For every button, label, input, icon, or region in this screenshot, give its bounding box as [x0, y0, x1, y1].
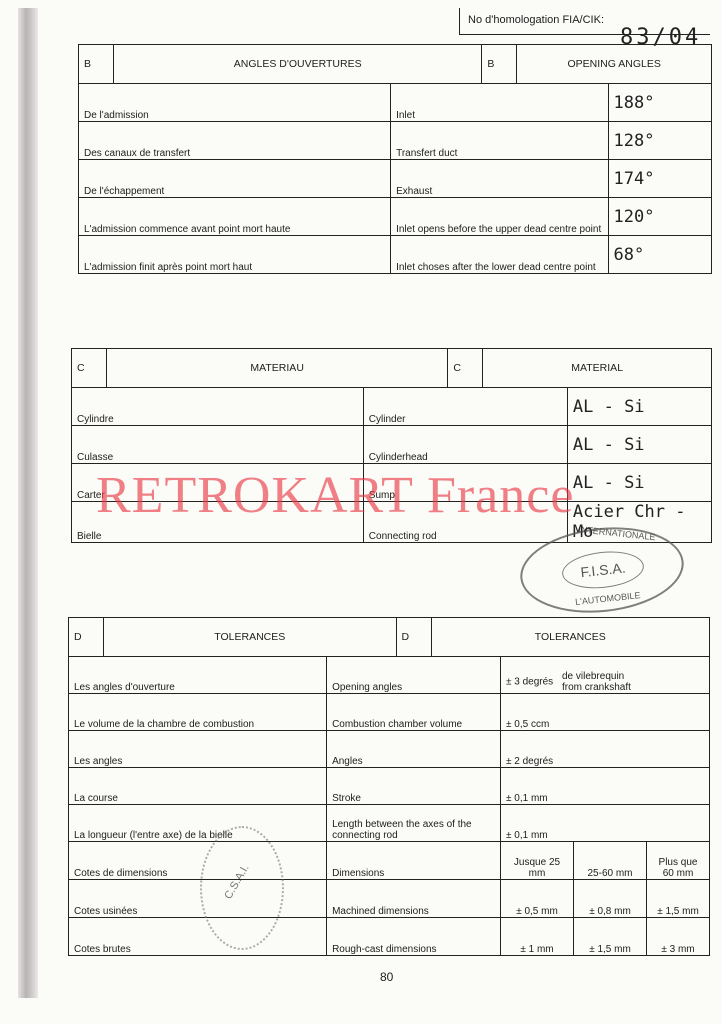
row-label-fr: La longueur (l'entre axe) de la bielle — [69, 805, 327, 842]
row-label-fr: Les angles — [69, 731, 327, 768]
table-row: La longueur (l'entre axe) de la bielle L… — [69, 805, 710, 842]
note-en: from crankshaft — [562, 682, 631, 693]
table-row-dimensions-header: Cotes de dimensions Dimensions Jusque 25… — [69, 842, 710, 880]
stamp-text: L'AUTOMOBILE — [575, 590, 641, 607]
page-number: 80 — [380, 970, 393, 984]
section-letter: D — [69, 618, 104, 657]
row-label-fr: Le volume de la chambre de combustion — [69, 694, 327, 731]
row-value: 128° — [608, 122, 711, 160]
row-label-fr: L'admission commence avant point mort ha… — [79, 198, 391, 236]
note-fr: de vilebrequin — [562, 671, 624, 682]
row-label-en: Inlet — [391, 84, 608, 122]
dim-value: ± 0,8 mm — [574, 880, 647, 918]
row-label-fr: Cylindre — [72, 388, 364, 426]
dim-value: ± 1,5 mm — [574, 918, 647, 956]
dim-col-header: 25-60 mm — [574, 842, 647, 880]
row-label-en: Opening angles — [327, 657, 501, 694]
dim-col-header: Jusque 25 mm — [501, 842, 574, 880]
row-value: AL - Si — [567, 464, 711, 502]
csai-stamp: C.S.A.I. — [200, 826, 284, 950]
section-letter: C — [72, 349, 107, 388]
watermark: RETROKART France — [96, 466, 574, 525]
table-opening-angles: B ANGLES D'OUVERTURES B OPENING ANGLES D… — [78, 44, 712, 274]
dim-col-header: Plus que 60 mm — [647, 842, 710, 880]
row-label-fr: Culasse — [72, 426, 364, 464]
row-label-fr: Cotes brutes — [69, 918, 327, 956]
row-label-en: Cylinderhead — [363, 426, 567, 464]
table-row: Les angles d'ouverture Opening angles ± … — [69, 657, 710, 694]
scan-binding-edge — [18, 8, 38, 998]
section-letter: D — [396, 618, 431, 657]
row-label-en: Inlet choses after the lower dead centre… — [391, 236, 608, 274]
table-row: De l'admission Inlet 188° — [79, 84, 712, 122]
row-label-fr: De l'admission — [79, 84, 391, 122]
section-letter: B — [482, 45, 517, 84]
row-label-fr: L'admission finit après point mort haut — [79, 236, 391, 274]
row-value: ± 2 degrés — [501, 731, 710, 768]
value-note: de vilebrequin from crankshaft — [562, 671, 631, 693]
row-label-en: Angles — [327, 731, 501, 768]
row-label-en: Dimensions — [327, 842, 501, 880]
row-label-fr: La course — [69, 768, 327, 805]
row-value: 120° — [608, 198, 711, 236]
table-row: Cylindre Cylinder AL - Si — [72, 388, 712, 426]
row-value: ± 0,1 mm — [501, 768, 710, 805]
dim-value: ± 3 mm — [647, 918, 710, 956]
row-value: 174° — [608, 160, 711, 198]
row-value: ± 0,5 ccm — [501, 694, 710, 731]
row-label-fr: Cotes de dimensions — [69, 842, 327, 880]
section-letter: C — [448, 349, 483, 388]
row-label-en: Exhaust — [391, 160, 608, 198]
table-row: Culasse Cylinderhead AL - Si — [72, 426, 712, 464]
row-label-en: Machined dimensions — [327, 880, 501, 918]
section-title-en: TOLERANCES — [431, 618, 709, 657]
row-label-fr: Les angles d'ouverture — [69, 657, 327, 694]
row-label-fr: De l'échappement — [79, 160, 391, 198]
row-label-fr: Cotes usinées — [69, 880, 327, 918]
row-value: 188° — [608, 84, 711, 122]
row-label-en: Combustion chamber volume — [327, 694, 501, 731]
row-value: ± 3 degrés de vilebrequin from crankshaf… — [501, 657, 710, 694]
table-row: De l'échappement Exhaust 174° — [79, 160, 712, 198]
table-row: L'admission finit après point mort haut … — [79, 236, 712, 274]
row-label-en: Cylinder — [363, 388, 567, 426]
table-row: Les angles Angles ± 2 degrés — [69, 731, 710, 768]
dim-value: ± 1,5 mm — [647, 880, 710, 918]
dim-value: ± 0,5 mm — [501, 880, 574, 918]
row-label-en: Stroke — [327, 768, 501, 805]
table-tolerances: D TOLERANCES D TOLERANCES Les angles d'o… — [68, 617, 710, 956]
section-title-fr: ANGLES D'OUVERTURES — [114, 45, 482, 84]
section-title-en: OPENING ANGLES — [517, 45, 712, 84]
section-title-fr: TOLERANCES — [104, 618, 397, 657]
table-row: La course Stroke ± 0,1 mm — [69, 768, 710, 805]
row-value: AL - Si — [567, 388, 711, 426]
row-label-en: Length between the axes of the connectin… — [327, 805, 501, 842]
row-value: 68° — [608, 236, 711, 274]
value-text: ± 3 degrés — [506, 677, 553, 688]
stamp-text: F.I.S.A. — [560, 548, 645, 592]
row-label-en: Rough-cast dimensions — [327, 918, 501, 956]
row-label-fr: Des canaux de transfert — [79, 122, 391, 160]
table-row: Des canaux de transfert Transfert duct 1… — [79, 122, 712, 160]
section-title-fr: MATERIAU — [107, 349, 448, 388]
table-row: L'admission commence avant point mort ha… — [79, 198, 712, 236]
row-label-en: Inlet opens before the upper dead centre… — [391, 198, 608, 236]
table-row: Cotes brutes Rough-cast dimensions ± 1 m… — [69, 918, 710, 956]
section-letter: B — [79, 45, 114, 84]
table-row: Le volume de la chambre de combustion Co… — [69, 694, 710, 731]
stamp-text: C.S.A.I. — [222, 863, 251, 902]
row-value: ± 0,1 mm — [501, 805, 710, 842]
dim-value: ± 1 mm — [501, 918, 574, 956]
section-title-en: MATERIAL — [483, 349, 712, 388]
row-label-en: Transfert duct — [391, 122, 608, 160]
table-row: Cotes usinées Machined dimensions ± 0,5 … — [69, 880, 710, 918]
row-value: AL - Si — [567, 426, 711, 464]
homologation-label: No d'homologation FIA/CIK: — [468, 14, 604, 26]
